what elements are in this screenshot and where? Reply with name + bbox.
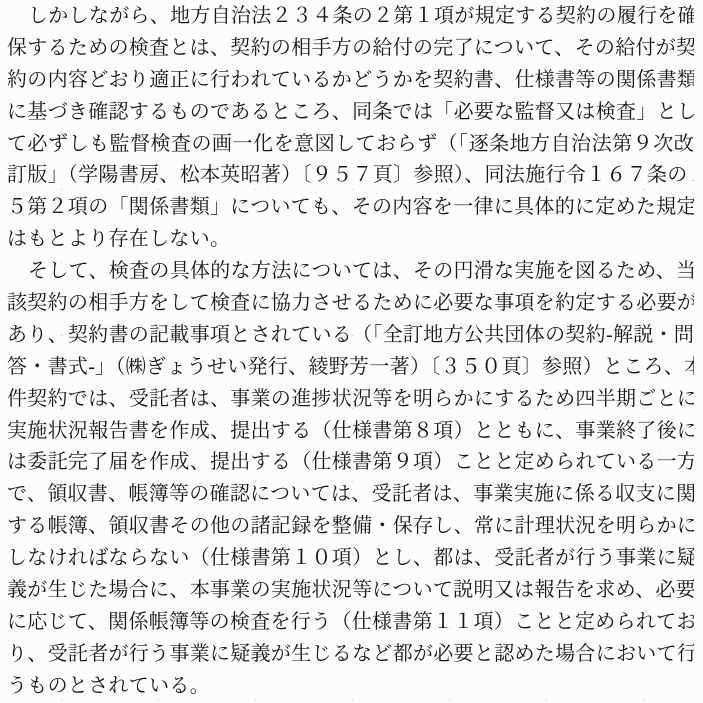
text-line: 該契約の相手方をして検査に協力させるために必要な事項を約定する必要が bbox=[7, 288, 694, 320]
text-line: しなければならない（仕様書第１０項）とし、都は、受託者が行う事業に疑 bbox=[7, 543, 694, 575]
text-line: は委託完了届を作成、提出する（仕様書第９項）ことと定められている一方 bbox=[7, 447, 694, 479]
text-line: ５第２項の「関係書類」についても、その内容を一律に具体的に定めた規定 bbox=[7, 192, 694, 224]
text-line: 件契約では、受託者は、事業の進捗状況等を明らかにするため四半期ごとに bbox=[7, 384, 694, 416]
text-line: 実施状況報告書を作成、提出する（仕様書第８項）とともに、事業終了後に bbox=[7, 416, 694, 448]
text-line: 義が生じた場合に、本事業の実施状況等について説明又は報告を求め、必要 bbox=[7, 575, 694, 607]
text-line: うものとされている。 bbox=[7, 671, 694, 703]
document-body: しかしながら、地方自治法２３４条の２第１項が規定する契約の履行を確保するための検… bbox=[7, 1, 694, 703]
text-line: あり、契約書の記載事項とされている（「全訂地方公共団体の契約-解説・問 bbox=[7, 320, 694, 352]
text-line: 保するための検査とは、契約の相手方の給付の完了について、その給付が契 bbox=[7, 33, 694, 65]
text-line: しかしながら、地方自治法２３４条の２第１項が規定する契約の履行を確 bbox=[7, 1, 694, 33]
text-line: する帳簿、領収書その他の諸記録を整備・保存し、常に計理状況を明らかに bbox=[7, 511, 694, 543]
text-line: 訂版」（学陽書房、松本英昭著）〔９５７頁〕参照）、同法施行令１６７条の１ bbox=[7, 160, 694, 192]
text-line: に基づき確認するものであるところ、同条では「必要な監督又は検査」とし bbox=[7, 97, 694, 129]
text-line: 約の内容どおり適正に行われているかどうかを契約書、仕様書等の関係書類 bbox=[7, 65, 694, 97]
text-line: そして、検査の具体的な方法については、その円滑な実施を図るため、当 bbox=[7, 256, 694, 288]
text-line: に応じて、関係帳簿等の検査を行う（仕様書第１１項）ことと定められてお bbox=[7, 607, 694, 639]
text-line: り、受託者が行う事業に疑義が生じるなど都が必要と認めた場合において行 bbox=[7, 639, 694, 671]
text-line: で、領収書、帳簿等の確認については、受託者は、事業実施に係る収支に関 bbox=[7, 479, 694, 511]
text-line: て必ずしも監督検査の画一化を意図しておらず（「逐条地方自治法第９次改 bbox=[7, 129, 694, 161]
text-line: 答・書式-」（㈱ぎょうせい発行、綾野芳一著）〔３５０頁〕参照）ところ、本 bbox=[7, 352, 694, 384]
document-page: しかしながら、地方自治法２３４条の２第１項が規定する契約の履行を確保するための検… bbox=[0, 0, 703, 703]
text-line: はもとより存在しない。 bbox=[7, 224, 694, 256]
